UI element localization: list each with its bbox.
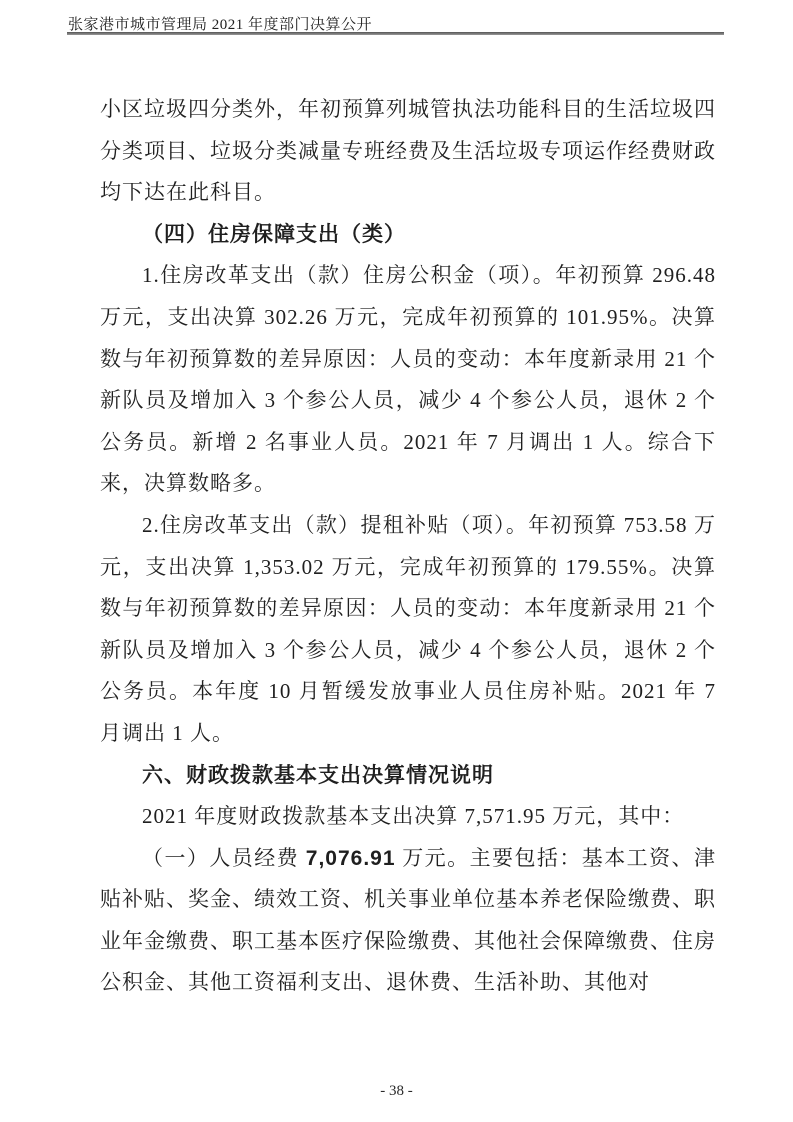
housing-section-heading: （四）住房保障支出（类） xyxy=(100,214,716,256)
personnel-expense-paragraph: （一）人员经费 7,076.91 万元。主要包括：基本工资、津贴补贴、奖金、绩效… xyxy=(100,838,716,1004)
housing-fund-paragraph: 1.住房改革支出（款）住房公积金（项）。年初预算 296.48 万元，支出决算 … xyxy=(100,255,716,505)
page-number: - 38 - xyxy=(380,1083,413,1099)
carryover-paragraph: 小区垃圾四分类外，年初预算列城管执法功能科目的生活垃圾四分类项目、垃圾分类减量专… xyxy=(100,89,716,214)
document-body: 小区垃圾四分类外，年初预算列城管执法功能科目的生活垃圾四分类项目、垃圾分类减量专… xyxy=(100,89,716,1004)
page-header-title: 张家港市城市管理局 2021 年度部门决算公开 xyxy=(68,13,372,34)
personnel-expense-amount: 7,076.91 xyxy=(306,847,396,870)
basic-total-paragraph: 2021 年度财政拨款基本支出决算 7,571.95 万元，其中： xyxy=(100,796,716,838)
rent-subsidy-paragraph: 2.住房改革支出（款）提租补贴（项）。年初预算 753.58 万元，支出决算 1… xyxy=(100,505,716,755)
basic-expense-section-heading: 六、财政拨款基本支出决算情况说明 xyxy=(100,755,716,797)
header-rule-divider xyxy=(67,32,724,35)
personnel-expense-prefix: （一）人员经费 xyxy=(142,846,306,870)
document-page: 张家港市城市管理局 2021 年度部门决算公开 小区垃圾四分类外，年初预算列城管… xyxy=(0,0,793,1122)
page-footer: - 38 - xyxy=(0,1083,793,1100)
